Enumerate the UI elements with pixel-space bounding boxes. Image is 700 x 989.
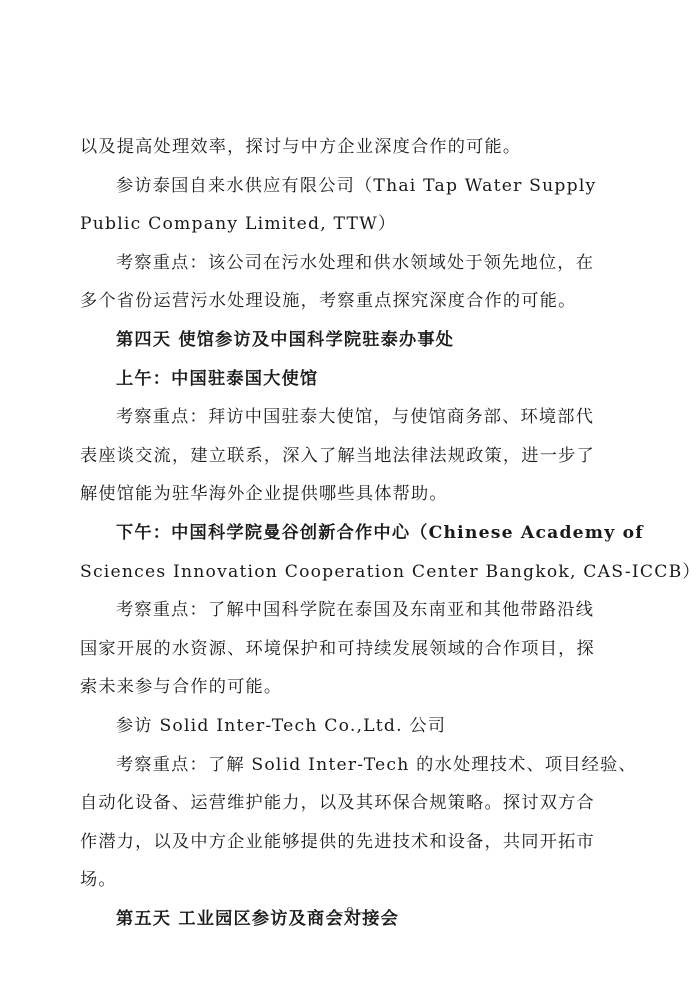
focus-text-cas-cont-1: 国家开展的水资源、环境保护和可持续发展领域的合作项目，探 <box>80 630 608 669</box>
section-heading-ttw-cont: Public Company Limited, TTW） <box>80 205 608 244</box>
focus-text-embassy-cont-1: 表座谈交流，建立联系，深入了解当地法律法规政策，进一步了 <box>80 437 608 476</box>
focus-text-cas-cont-2: 索未来参与合作的可能。 <box>80 668 608 707</box>
focus-text-solid-intertech-cont-3: 场。 <box>80 861 608 900</box>
focus-text-embassy: 考察重点：拜访中国驻泰大使馆，与使馆商务部、环境部代 <box>80 398 608 437</box>
day-heading-4: 第四天 使馆参访及中国科学院驻泰办事处 <box>80 321 608 360</box>
section-heading-solid-intertech: 参访 Solid Inter-Tech Co.,Ltd. 公司 <box>80 707 608 746</box>
focus-text-solid-intertech-cont-1: 自动化设备、运营维护能力，以及其环保合规策略。探讨双方合 <box>80 784 608 823</box>
body-text-line: 以及提高处理效率，探讨与中方企业深度合作的可能。 <box>80 128 608 167</box>
morning-heading: 上午：中国驻泰国大使馆 <box>80 360 608 399</box>
focus-text-solid-intertech-cont-2: 作潜力，以及中方企业能够提供的先进技术和设备，共同开拓市 <box>80 823 608 862</box>
document-page: 以及提高处理效率，探讨与中方企业深度合作的可能。 参访泰国自来水供应有限公司（T… <box>0 0 700 989</box>
section-heading-ttw: 参访泰国自来水供应有限公司（Thai Tap Water Supply <box>80 167 608 206</box>
page-content: 以及提高处理效率，探讨与中方企业深度合作的可能。 参访泰国自来水供应有限公司（T… <box>80 128 608 938</box>
focus-text-ttw-cont: 多个省份运营污水处理设施，考察重点探究深度合作的可能。 <box>80 282 608 321</box>
page-number: — 9 — <box>0 905 700 921</box>
focus-text-ttw: 考察重点：该公司在污水处理和供水领域处于领先地位，在 <box>80 244 608 283</box>
focus-text-embassy-cont-2: 解使馆能为驻华海外企业提供哪些具体帮助。 <box>80 475 608 514</box>
focus-text-solid-intertech: 考察重点：了解 Solid Inter-Tech 的水处理技术、项目经验、 <box>80 746 608 785</box>
afternoon-heading: 下午：中国科学院曼谷创新合作中心（Chinese Academy of <box>80 514 608 553</box>
focus-text-cas: 考察重点：了解中国科学院在泰国及东南亚和其他带路沿线 <box>80 591 608 630</box>
afternoon-heading-cont: Sciences Innovation Cooperation Center B… <box>80 553 608 592</box>
